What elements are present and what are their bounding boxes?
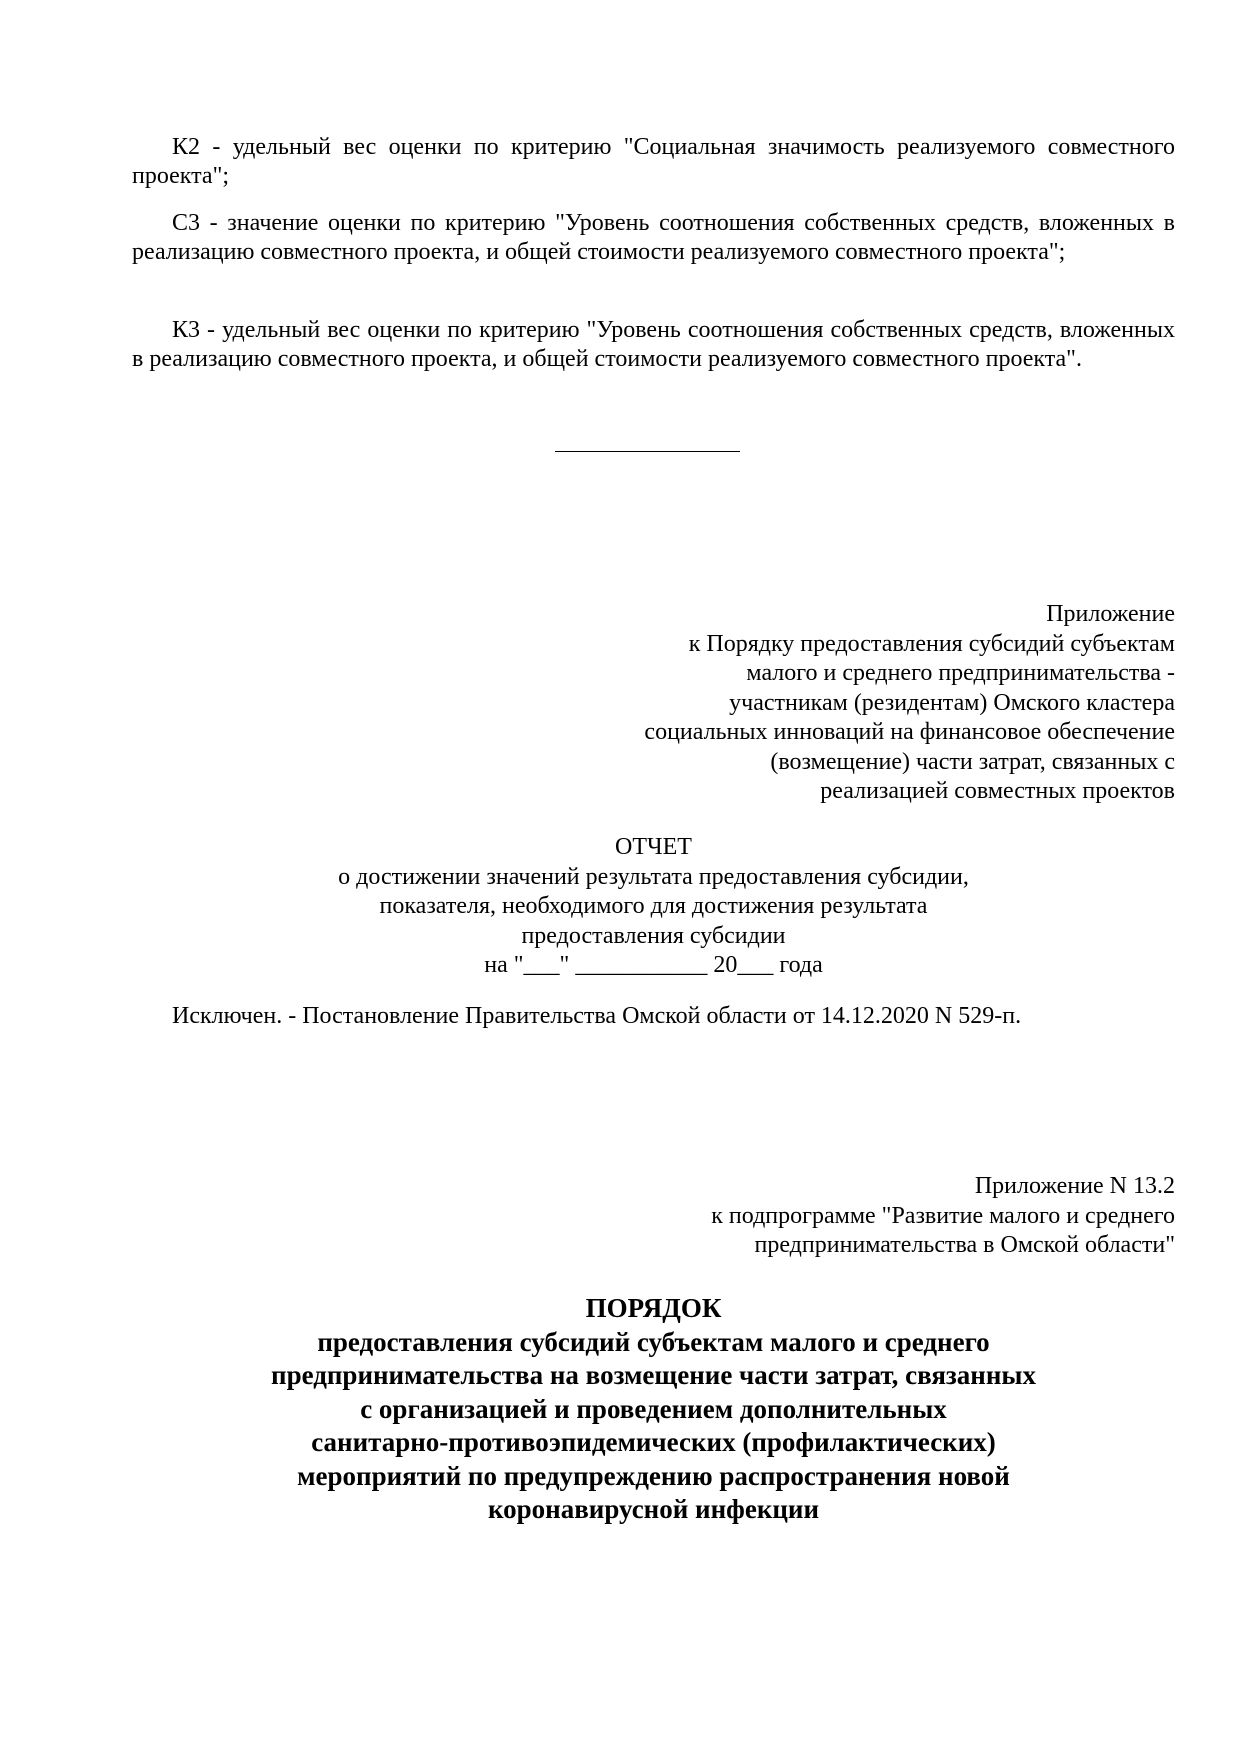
appendix-13-2-line: к подпрограмме "Развитие малого и средне… [711,1202,1175,1232]
appendix-header-line: реализацией совместных проектов [644,777,1175,807]
procedure-title-line: с организацией и проведением дополнитель… [132,1393,1175,1427]
excluded-note: Исключен. - Постановление Правительства … [172,1002,1021,1031]
report-title-line: предоставления субсидии [132,922,1175,952]
paragraph-k2: К2 - удельный вес оценки по критерию "Со… [132,133,1175,191]
appendix-header-line: к Порядку предоставления субсидий субъек… [644,630,1175,660]
appendix-header-line: участникам (резидентам) Омского кластера [644,689,1175,719]
report-title-line: показателя, необходимого для достижения … [132,892,1175,922]
appendix-header-line: социальных инноваций на финансовое обесп… [644,718,1175,748]
procedure-title-line: мероприятий по предупреждению распростра… [132,1460,1175,1494]
appendix-13-2-header: Приложение N 13.2 к подпрограмме "Развит… [711,1172,1175,1261]
report-title-line: о достижении значений результата предост… [132,863,1175,893]
report-title: ОТЧЕТ о достижении значений результата п… [132,833,1175,981]
procedure-title-line: предоставления субсидий субъектам малого… [132,1326,1175,1360]
separator-line [555,451,740,452]
appendix-13-2-line: Приложение N 13.2 [711,1172,1175,1202]
procedure-title-heading: ПОРЯДОК [132,1292,1175,1326]
report-title-heading: ОТЧЕТ [132,833,1175,863]
procedure-title: ПОРЯДОК предоставления субсидий субъекта… [132,1292,1175,1527]
appendix-header-line: Приложение [644,600,1175,630]
document-page: К2 - удельный вес оценки по критерию "Со… [0,0,1240,1754]
procedure-title-line: предпринимательства на возмещение части … [132,1359,1175,1393]
report-date-line: на "___" ___________ 20___ года [132,951,1175,981]
paragraph-k3: К3 - удельный вес оценки по критерию "Ур… [132,316,1175,374]
appendix-13-2-line: предпринимательства в Омской области" [711,1231,1175,1261]
procedure-title-line: санитарно-противоэпидемических (профилак… [132,1426,1175,1460]
appendix-header-line: малого и среднего предпринимательства - [644,659,1175,689]
appendix-header: Приложение к Порядку предоставления субс… [644,600,1175,807]
paragraph-c3: С3 - значение оценки по критерию "Уровен… [132,209,1175,267]
appendix-header-line: (возмещение) части затрат, связанных с [644,748,1175,778]
procedure-title-line: коронавирусной инфекции [132,1493,1175,1527]
